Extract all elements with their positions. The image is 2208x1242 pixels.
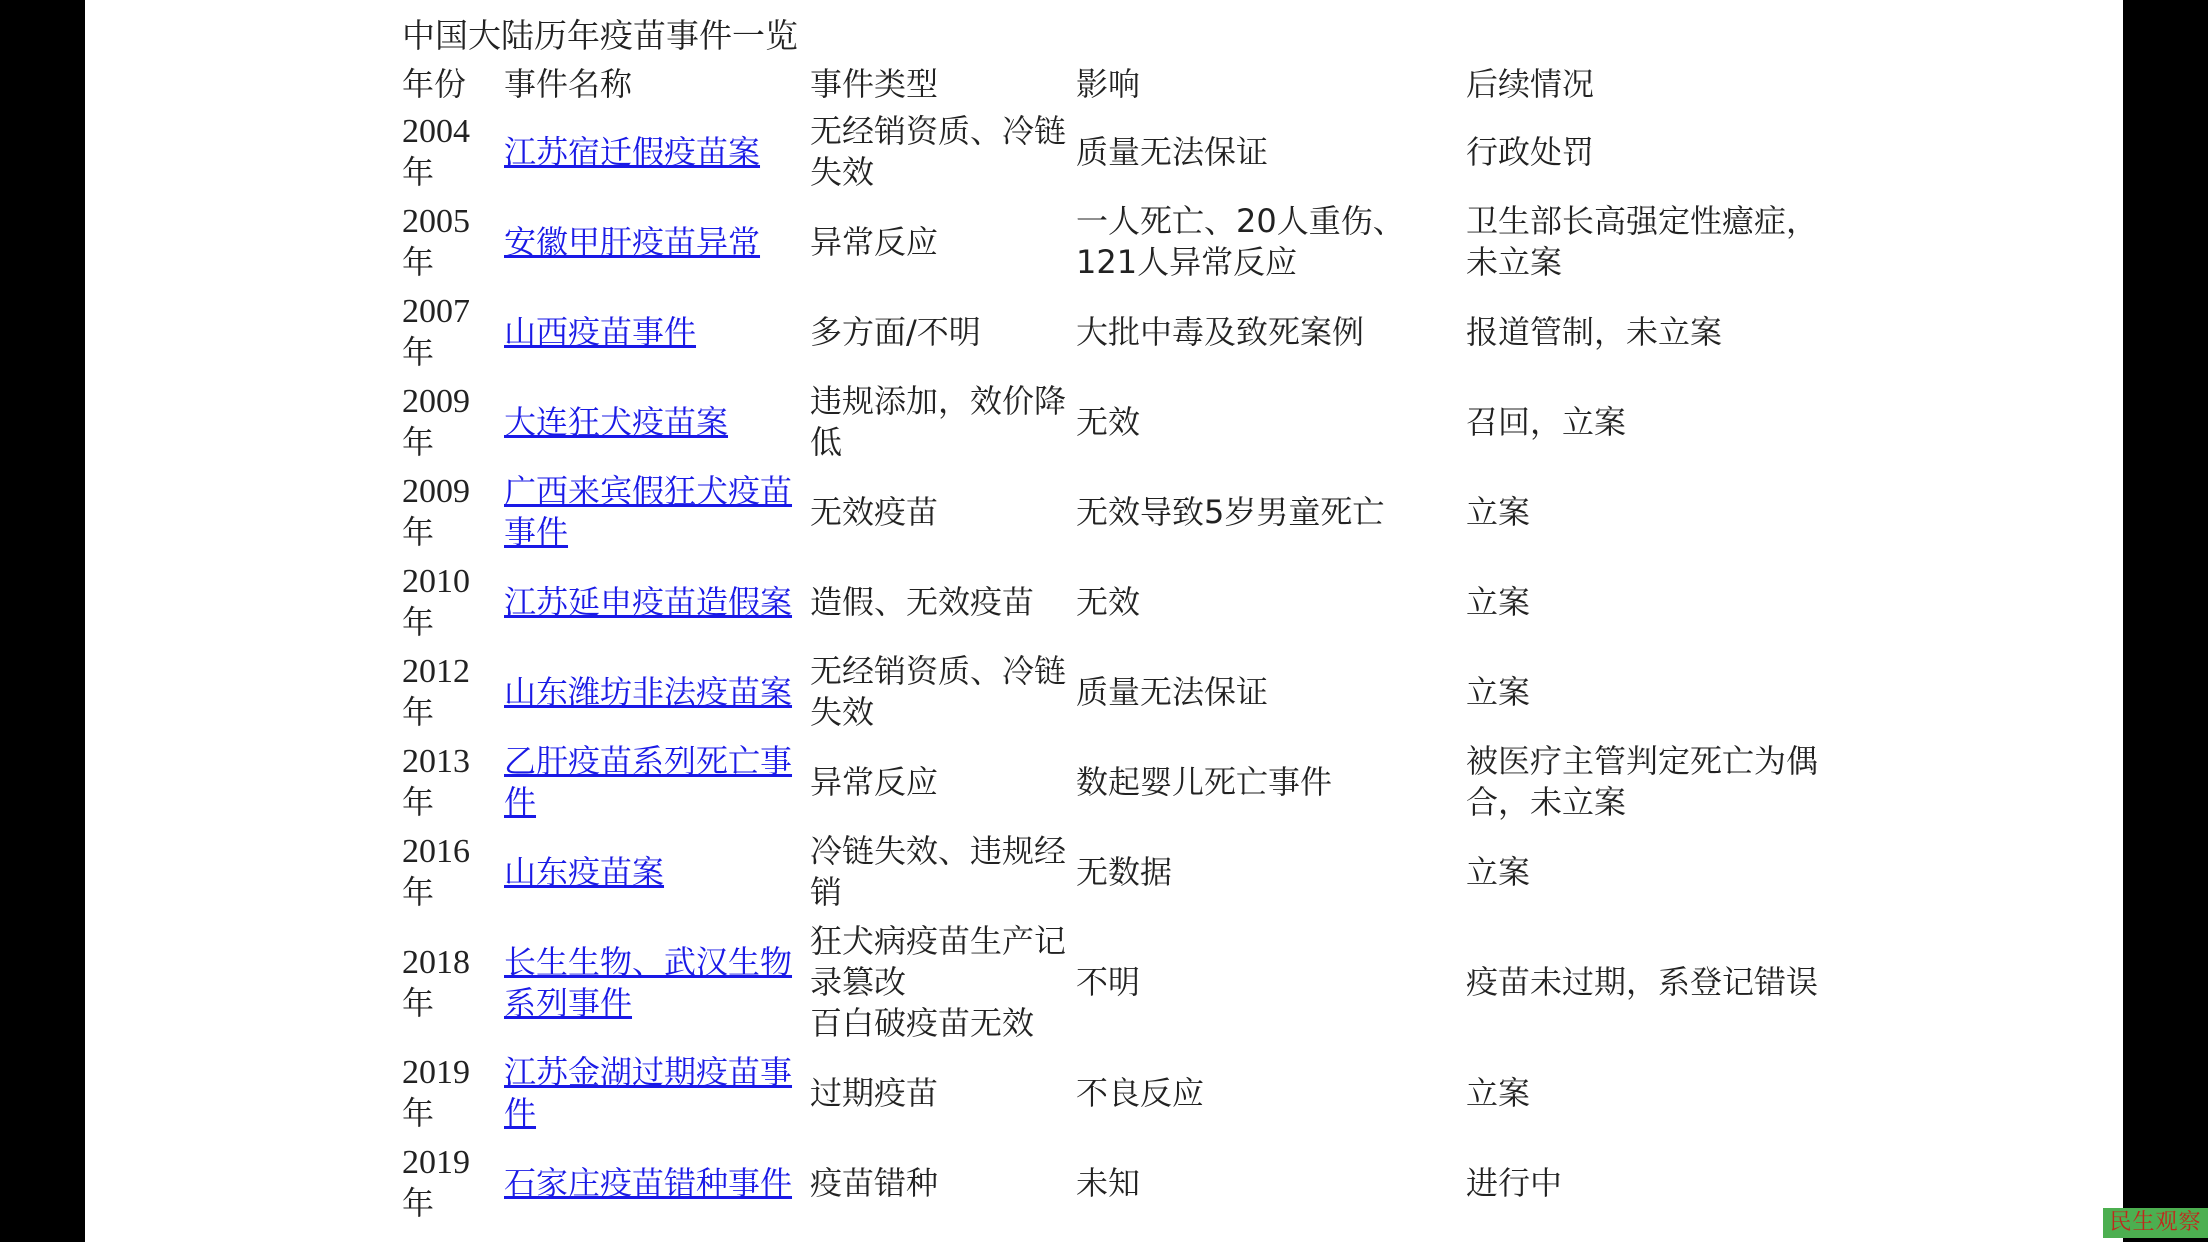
year-suffix: 年 <box>402 1093 494 1134</box>
year-cell: 2013 年 <box>397 737 499 827</box>
event-name-link[interactable]: 江苏金湖过期疫苗事件 <box>504 1053 792 1132</box>
event-type-cell: 疫苗错种 <box>805 1138 1071 1228</box>
year-value: 2013 <box>402 741 494 782</box>
event-name-cell: 安徽甲肝疫苗异常 <box>499 197 805 287</box>
event-name-cell: 乙肝疫苗系列死亡事件 <box>499 737 805 827</box>
impact-cell: 一人死亡、20人重伤、121人异常反应 <box>1071 197 1461 287</box>
watermark-badge: 民生观察 <box>2103 1208 2208 1238</box>
event-name-link[interactable]: 山西疫苗事件 <box>504 313 696 351</box>
event-name-link[interactable]: 广西来宾假狂犬疫苗事件 <box>504 472 792 551</box>
impact-cell: 数起婴儿死亡事件 <box>1071 737 1461 827</box>
column-header-impact: 影响 <box>1071 62 1461 107</box>
event-name-cell: 江苏延申疫苗造假案 <box>499 557 805 647</box>
event-name-link[interactable]: 长生生物、武汉生物系列事件 <box>504 943 792 1022</box>
impact-cell: 大批中毒及致死案例 <box>1071 287 1461 377</box>
table-row: 2013 年 乙肝疫苗系列死亡事件 异常反应 数起婴儿死亡事件 被医疗主管判定死… <box>397 737 1831 827</box>
year-value: 2018 <box>402 942 494 983</box>
event-name-link[interactable]: 山东疫苗案 <box>504 853 664 891</box>
column-header-follow-up: 后续情况 <box>1461 62 1831 107</box>
letterbox-left <box>0 0 85 1242</box>
event-name-cell: 山东潍坊非法疫苗案 <box>499 647 805 737</box>
year-value: 2012 <box>402 651 494 692</box>
year-value: 2009 <box>402 381 494 422</box>
impact-cell: 无数据 <box>1071 827 1461 917</box>
year-suffix: 年 <box>402 332 494 373</box>
year-value: 2005 <box>402 201 494 242</box>
table-row: 2018 年 长生生物、武汉生物系列事件 狂犬病疫苗生产记录篡改 百白破疫苗无效… <box>397 917 1831 1048</box>
year-suffix: 年 <box>402 872 494 913</box>
table-body: 2004 年 江苏宿迁假疫苗案 无经销资质、冷链失效 质量无法保证 行政处罚 2… <box>397 107 1831 1228</box>
follow-up-cell: 立案 <box>1461 557 1831 647</box>
year-suffix: 年 <box>402 1183 494 1224</box>
event-type-cell: 过期疫苗 <box>805 1048 1071 1138</box>
event-type-cell: 狂犬病疫苗生产记录篡改 百白破疫苗无效 <box>805 917 1071 1048</box>
year-value: 2016 <box>402 831 494 872</box>
page-title: 中国大陆历年疫苗事件一览 <box>402 14 798 58</box>
follow-up-cell: 疫苗未过期，系登记错误 <box>1461 917 1831 1048</box>
year-value: 2019 <box>402 1052 494 1093</box>
year-value: 2004 <box>402 111 494 152</box>
letterbox-right <box>2123 0 2208 1242</box>
year-suffix: 年 <box>402 512 494 553</box>
year-cell: 2009 年 <box>397 467 499 557</box>
event-name-link[interactable]: 石家庄疫苗错种事件 <box>504 1164 792 1202</box>
year-cell: 2009 年 <box>397 377 499 467</box>
year-cell: 2018 年 <box>397 917 499 1048</box>
event-name-cell: 江苏金湖过期疫苗事件 <box>499 1048 805 1138</box>
event-name-link[interactable]: 乙肝疫苗系列死亡事件 <box>504 742 792 821</box>
follow-up-cell: 立案 <box>1461 647 1831 737</box>
document-page: 中国大陆历年疫苗事件一览 年份 事件名称 事件类型 影响 后续情况 2004 年… <box>85 0 2123 1242</box>
table-row: 2004 年 江苏宿迁假疫苗案 无经销资质、冷链失效 质量无法保证 行政处罚 <box>397 107 1831 197</box>
follow-up-cell: 被医疗主管判定死亡为偶合，未立案 <box>1461 737 1831 827</box>
event-type-cell: 无经销资质、冷链失效 <box>805 107 1071 197</box>
event-type-cell: 多方面/不明 <box>805 287 1071 377</box>
column-header-year: 年份 <box>397 62 499 107</box>
year-cell: 2019 年 <box>397 1138 499 1228</box>
table-row: 2012 年 山东潍坊非法疫苗案 无经销资质、冷链失效 质量无法保证 立案 <box>397 647 1831 737</box>
follow-up-cell: 卫生部长高强定性癔症，未立案 <box>1461 197 1831 287</box>
event-name-cell: 山东疫苗案 <box>499 827 805 917</box>
table-row: 2016 年 山东疫苗案 冷链失效、违规经销 无数据 立案 <box>397 827 1831 917</box>
event-type-cell: 无经销资质、冷链失效 <box>805 647 1071 737</box>
event-name-cell: 石家庄疫苗错种事件 <box>499 1138 805 1228</box>
impact-cell: 无效 <box>1071 557 1461 647</box>
year-suffix: 年 <box>402 152 494 193</box>
event-name-link[interactable]: 安徽甲肝疫苗异常 <box>504 223 760 261</box>
column-header-type: 事件类型 <box>805 62 1071 107</box>
follow-up-cell: 报道管制，未立案 <box>1461 287 1831 377</box>
follow-up-cell: 立案 <box>1461 1048 1831 1138</box>
event-name-link[interactable]: 大连狂犬疫苗案 <box>504 403 728 441</box>
follow-up-cell: 立案 <box>1461 827 1831 917</box>
table-row: 2010 年 江苏延申疫苗造假案 造假、无效疫苗 无效 立案 <box>397 557 1831 647</box>
year-cell: 2007 年 <box>397 287 499 377</box>
event-name-cell: 长生生物、武汉生物系列事件 <box>499 917 805 1048</box>
event-name-link[interactable]: 江苏宿迁假疫苗案 <box>504 133 760 171</box>
year-value: 2007 <box>402 291 494 332</box>
impact-cell: 质量无法保证 <box>1071 647 1461 737</box>
event-name-cell: 江苏宿迁假疫苗案 <box>499 107 805 197</box>
table-row: 2019 年 江苏金湖过期疫苗事件 过期疫苗 不良反应 立案 <box>397 1048 1831 1138</box>
event-type-cell: 异常反应 <box>805 197 1071 287</box>
event-type-cell: 无效疫苗 <box>805 467 1071 557</box>
event-type-cell: 冷链失效、违规经销 <box>805 827 1071 917</box>
vaccine-events-table: 年份 事件名称 事件类型 影响 后续情况 2004 年 江苏宿迁假疫苗案 无经销… <box>397 62 1831 1228</box>
event-name-link[interactable]: 山东潍坊非法疫苗案 <box>504 673 792 711</box>
impact-cell: 无效导致5岁男童死亡 <box>1071 467 1461 557</box>
table-row: 2005 年 安徽甲肝疫苗异常 异常反应 一人死亡、20人重伤、121人异常反应… <box>397 197 1831 287</box>
year-cell: 2016 年 <box>397 827 499 917</box>
year-value: 2010 <box>402 561 494 602</box>
follow-up-cell: 召回，立案 <box>1461 377 1831 467</box>
table-row: 2009 年 广西来宾假狂犬疫苗事件 无效疫苗 无效导致5岁男童死亡 立案 <box>397 467 1831 557</box>
event-type-cell: 违规添加，效价降低 <box>805 377 1071 467</box>
year-suffix: 年 <box>402 602 494 643</box>
year-cell: 2004 年 <box>397 107 499 197</box>
event-name-link[interactable]: 江苏延申疫苗造假案 <box>504 583 792 621</box>
year-suffix: 年 <box>402 983 494 1024</box>
table-row: 2009 年 大连狂犬疫苗案 违规添加，效价降低 无效 召回，立案 <box>397 377 1831 467</box>
impact-cell: 不良反应 <box>1071 1048 1461 1138</box>
impact-cell: 不明 <box>1071 917 1461 1048</box>
year-value: 2019 <box>402 1142 494 1183</box>
year-value: 2009 <box>402 471 494 512</box>
year-cell: 2019 年 <box>397 1048 499 1138</box>
impact-cell: 无效 <box>1071 377 1461 467</box>
event-name-cell: 广西来宾假狂犬疫苗事件 <box>499 467 805 557</box>
year-suffix: 年 <box>402 422 494 463</box>
table-row: 2019 年 石家庄疫苗错种事件 疫苗错种 未知 进行中 <box>397 1138 1831 1228</box>
year-suffix: 年 <box>402 692 494 733</box>
year-cell: 2012 年 <box>397 647 499 737</box>
follow-up-cell: 立案 <box>1461 467 1831 557</box>
year-suffix: 年 <box>402 242 494 283</box>
event-name-cell: 大连狂犬疫苗案 <box>499 377 805 467</box>
event-type-cell: 异常反应 <box>805 737 1071 827</box>
event-type-cell: 造假、无效疫苗 <box>805 557 1071 647</box>
column-header-name: 事件名称 <box>499 62 805 107</box>
table-header-row: 年份 事件名称 事件类型 影响 后续情况 <box>397 62 1831 107</box>
event-name-cell: 山西疫苗事件 <box>499 287 805 377</box>
year-suffix: 年 <box>402 782 494 823</box>
table-row: 2007 年 山西疫苗事件 多方面/不明 大批中毒及致死案例 报道管制，未立案 <box>397 287 1831 377</box>
follow-up-cell: 进行中 <box>1461 1138 1831 1228</box>
follow-up-cell: 行政处罚 <box>1461 107 1831 197</box>
year-cell: 2010 年 <box>397 557 499 647</box>
impact-cell: 未知 <box>1071 1138 1461 1228</box>
impact-cell: 质量无法保证 <box>1071 107 1461 197</box>
year-cell: 2005 年 <box>397 197 499 287</box>
